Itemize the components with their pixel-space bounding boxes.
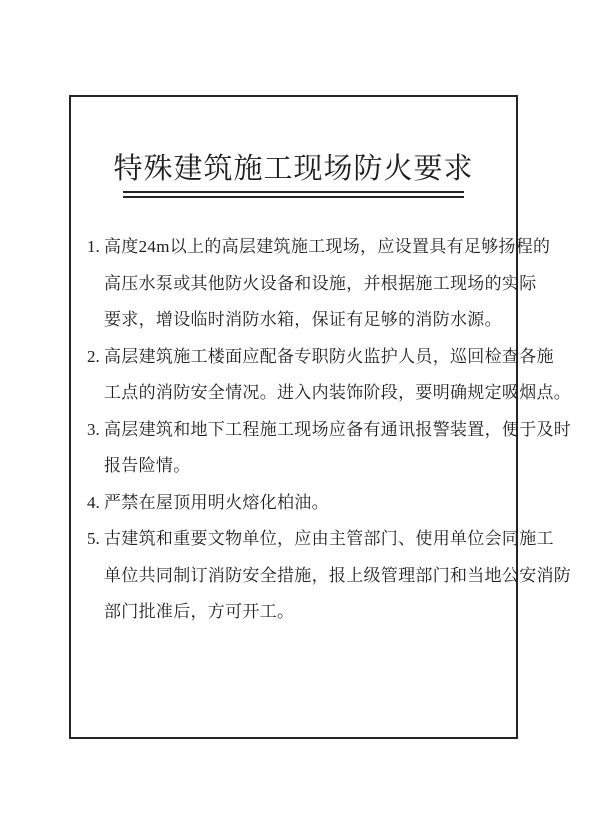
item-number: 2. [87, 339, 100, 376]
text-line: 高压水泵或其他防火设备和设施，并根据施工现场的实际 [104, 274, 537, 293]
list-item-3-line-1: 3. 高层建筑和地下工程施工现场应备有通讯报警装置，便于及时 [87, 412, 504, 449]
item-number: 1. [87, 229, 100, 266]
item-number: 5. [87, 521, 100, 558]
text-line: 要求，增设临时消防水箱，保证有足够的消防水源。 [104, 310, 502, 329]
text-line: 高层建筑和地下工程施工现场应备有通讯报警装置，便于及时 [104, 420, 571, 439]
title-double-rule [123, 191, 464, 198]
text-line: 单位共同制订消防安全措施，报上级管理部门和当地公安消防 [104, 566, 571, 585]
text-line: 古建筑和重要文物单位，应由主管部门、使用单位会同施工 [104, 529, 554, 548]
item-number: 4. [87, 485, 100, 522]
list-item-5-line-3: 部门批准后，方可开工。 [87, 594, 504, 631]
text-line: 工点的消防安全情况。进入内装饰阶段，要明确规定吸烟点。 [104, 383, 571, 402]
document-title: 特殊建筑施工现场防火要求 [81, 152, 506, 187]
document-border-frame: 特殊建筑施工现场防火要求 1. 高度24m以上的高层建筑施工现场，应设置具有足够… [69, 95, 518, 739]
document-body: 1. 高度24m以上的高层建筑施工现场，应设置具有足够扬程的 高压水泵或其他防火… [71, 229, 516, 631]
text-line: 报告险情。 [104, 456, 191, 475]
list-item-2-line-2: 工点的消防安全情况。进入内装饰阶段，要明确规定吸烟点。 [87, 375, 504, 412]
text-line: 高度24m以上的高层建筑施工现场，应设置具有足够扬程的 [104, 237, 550, 256]
list-item-5-line-1: 5. 古建筑和重要文物单位，应由主管部门、使用单位会同施工 [87, 521, 504, 558]
list-item-1-line-3: 要求，增设临时消防水箱，保证有足够的消防水源。 [87, 302, 504, 339]
text-line: 部门批准后，方可开工。 [104, 602, 294, 621]
list-item-1-line-1: 1. 高度24m以上的高层建筑施工现场，应设置具有足够扬程的 [87, 229, 504, 266]
item-number: 3. [87, 412, 100, 449]
list-item-4-line-1: 4. 严禁在屋顶用明火熔化柏油。 [87, 485, 504, 522]
text-line: 严禁在屋顶用明火熔化柏油。 [104, 493, 329, 512]
text-line: 高层建筑施工楼面应配备专职防火监护人员，巡回检查各施 [104, 347, 554, 366]
list-item-2-line-1: 2. 高层建筑施工楼面应配备专职防火监护人员，巡回检查各施 [87, 339, 504, 376]
list-item-1-line-2: 高压水泵或其他防火设备和设施，并根据施工现场的实际 [87, 266, 504, 303]
document-page: { "doc": { "title": "特殊建筑施工现场防火要求", "ite… [0, 0, 590, 835]
list-item-5-line-2: 单位共同制订消防安全措施，报上级管理部门和当地公安消防 [87, 558, 504, 595]
list-item-3-line-2: 报告险情。 [87, 448, 504, 485]
